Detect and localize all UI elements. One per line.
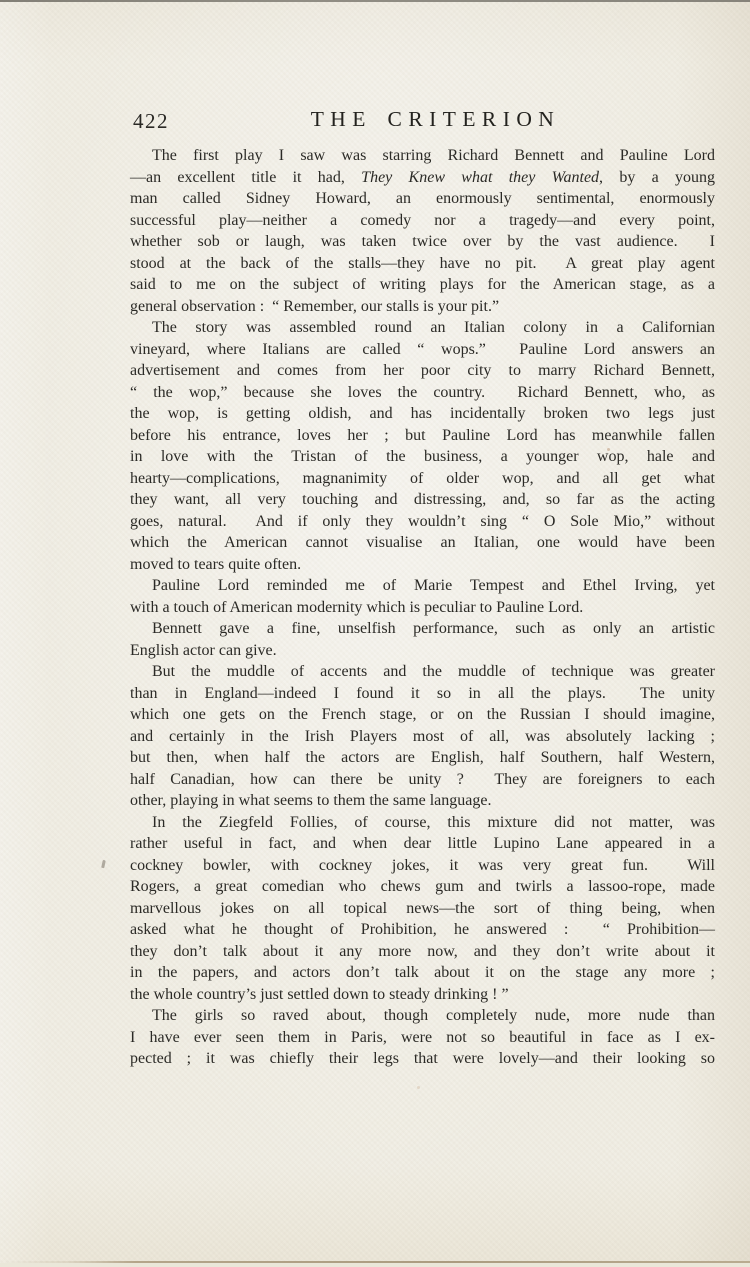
text-line: half Canadian, how can there be unity ? … <box>130 769 715 791</box>
ink-speck <box>688 723 691 726</box>
paragraph: The first play I saw was starring Richar… <box>130 145 715 317</box>
paragraph: The girls so raved about, though complet… <box>130 1005 715 1070</box>
text-line: the wop, is getting oldish, and has inci… <box>130 403 715 425</box>
text-line: The first play I saw was starring Richar… <box>130 145 715 167</box>
text-line: general observation : “ Remember, our st… <box>130 296 715 318</box>
text-line: English actor can give. <box>130 640 715 662</box>
text-line: the whole country’s just settled down to… <box>130 984 715 1006</box>
text-line: hearty—complications, magnanimity of old… <box>130 468 715 490</box>
text-line: and certainly in the Irish Players most … <box>130 726 715 748</box>
text-line: before his entrance, loves her ; but Pau… <box>130 425 715 447</box>
margin-ink-mark <box>101 860 106 868</box>
paragraph: Pauline Lord reminded me of Marie Tempes… <box>130 575 715 618</box>
page-body: The first play I saw was starring Richar… <box>130 145 715 1070</box>
text-line: goes, natural. And if only they wouldn’t… <box>130 511 715 533</box>
text-line: In the Ziegfeld Follies, of course, this… <box>130 812 715 834</box>
scan-top-edge-line <box>0 0 750 2</box>
text-line: whether sob or laugh, was taken twice ov… <box>130 231 715 253</box>
text-line: pected ; it was chiefly their legs that … <box>130 1048 715 1070</box>
text-line: vineyard, where Italians are called “ wo… <box>130 339 715 361</box>
text-line: Pauline Lord reminded me of Marie Tempes… <box>130 575 715 597</box>
text-line: they want, all very touching and distres… <box>130 489 715 511</box>
text-line: in the papers, and actors don’t talk abo… <box>130 962 715 984</box>
text-line: —an excellent title it had, They Knew wh… <box>130 167 715 189</box>
paragraph: The story was assembled round an Italian… <box>130 317 715 575</box>
text-line: marvellous jokes on all topical news—the… <box>130 898 715 920</box>
text-line: But the muddle of accents and the muddle… <box>130 661 715 683</box>
text-line: rather useful in fact, and when dear lit… <box>130 833 715 855</box>
text-line: advertisement and comes from her poor ci… <box>130 360 715 382</box>
text-line: I have ever seen them in Paris, were not… <box>130 1027 715 1049</box>
text-line: they don’t talk about it any more now, a… <box>130 941 715 963</box>
ink-speck <box>417 1086 420 1089</box>
ink-speck <box>607 448 610 451</box>
scan-bottom-strip <box>0 1263 750 1267</box>
text-line: with a touch of American modernity which… <box>130 597 715 619</box>
paragraph: Bennett gave a fine, unselfish performan… <box>130 618 715 661</box>
text-line: than in England—indeed I found it so in … <box>130 683 715 705</box>
text-line: which one gets on the French stage, or o… <box>130 704 715 726</box>
text-line: which the American cannot visualise an I… <box>130 532 715 554</box>
text-line: successful play—neither a comedy nor a t… <box>130 210 715 232</box>
text-line: “ the wop,” because she loves the countr… <box>130 382 715 404</box>
text-line: asked what he thought of Prohibition, he… <box>130 919 715 941</box>
text-line: moved to tears quite often. <box>130 554 715 576</box>
text-line: man called Sidney Howard, an enormously … <box>130 188 715 210</box>
paragraph: But the muddle of accents and the muddle… <box>130 661 715 812</box>
text-line: said to me on the subject of writing pla… <box>130 274 715 296</box>
text-line: Rogers, a great comedian who chews gum a… <box>130 876 715 898</box>
running-title: THE CRITERION <box>130 107 715 132</box>
text-line: cockney bowler, with cockney jokes, it w… <box>130 855 715 877</box>
text-line: stood at the back of the stalls—they hav… <box>130 253 715 275</box>
paragraph: In the Ziegfeld Follies, of course, this… <box>130 812 715 1006</box>
text-line: but then, when half the actors are Engli… <box>130 747 715 769</box>
scanned-book-page: { "page": { "number": "422", "running_ti… <box>0 0 750 1267</box>
ink-speck <box>649 500 652 503</box>
page-header: 422 THE CRITERION <box>130 107 715 135</box>
text-line: Bennett gave a fine, unselfish performan… <box>130 618 715 640</box>
text-line: other, playing in what seems to them the… <box>130 790 715 812</box>
text-line: The girls so raved about, though complet… <box>130 1005 715 1027</box>
text-line: The story was assembled round an Italian… <box>130 317 715 339</box>
text-line: in love with the Tristan of the business… <box>130 446 715 468</box>
